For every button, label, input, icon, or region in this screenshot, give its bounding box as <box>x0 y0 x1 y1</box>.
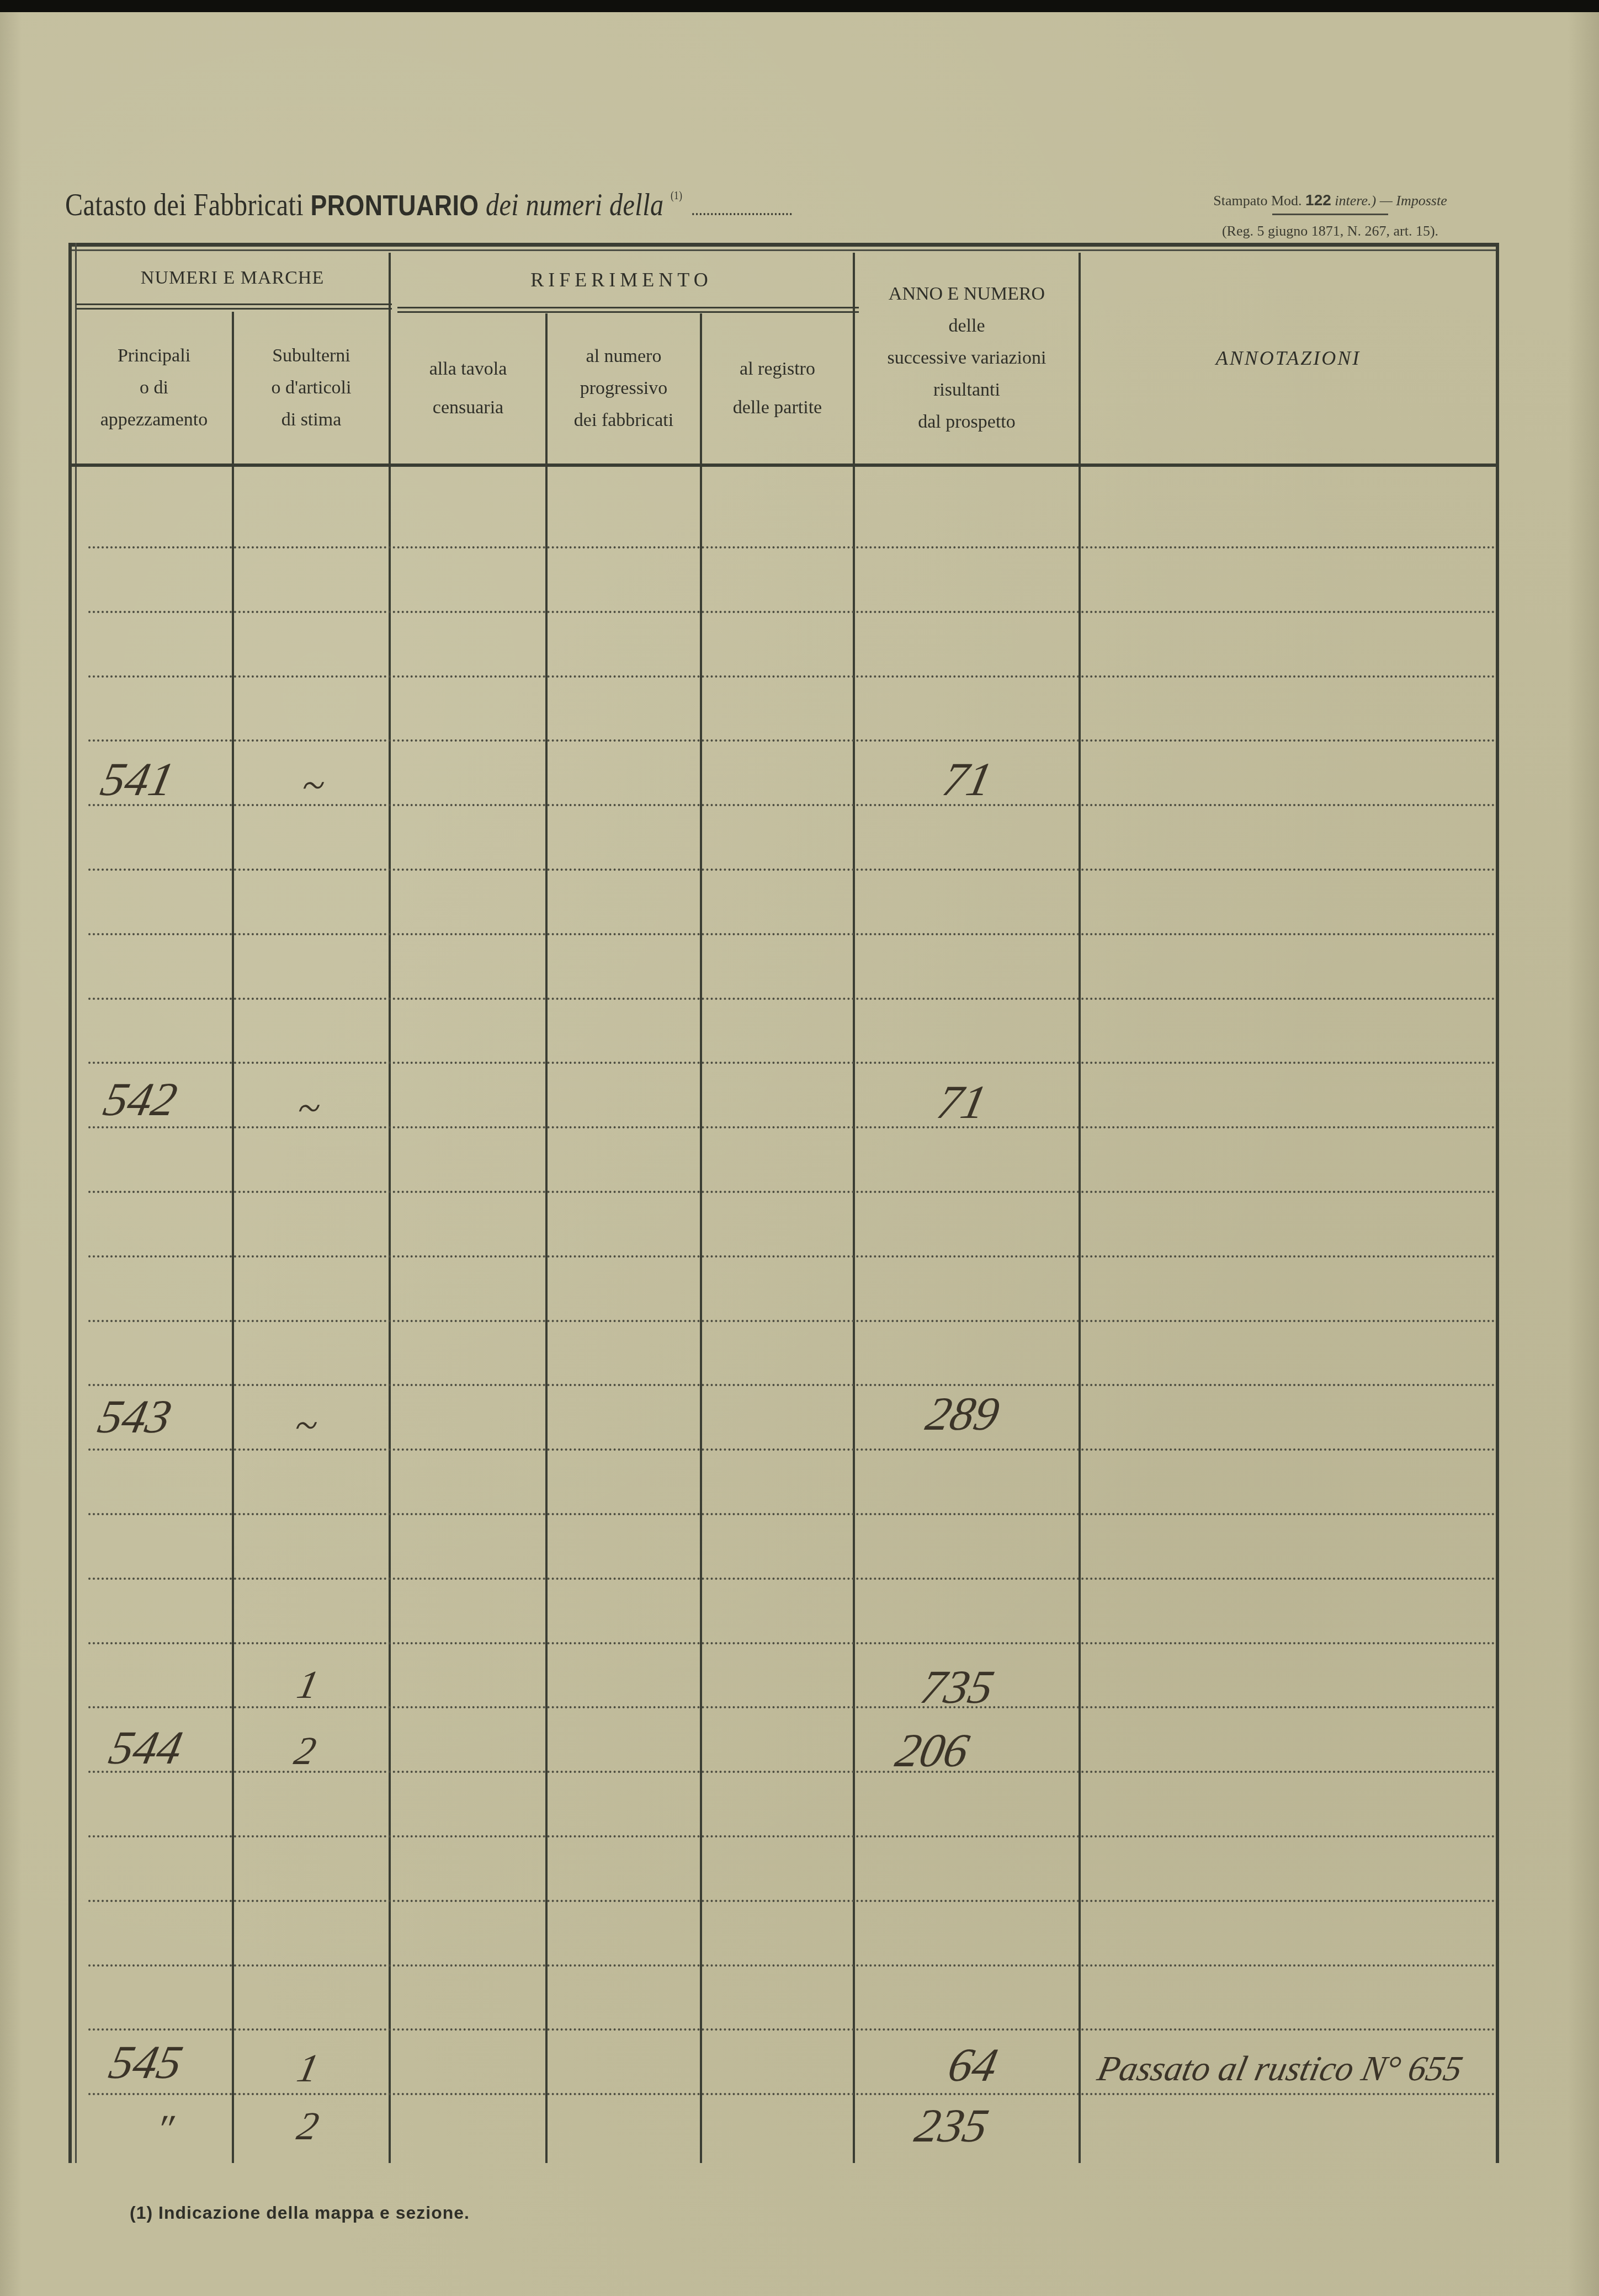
header-text: appezzamento <box>100 404 208 436</box>
stamp-model-number: 122 <box>1305 191 1331 209</box>
header-riferimento-label: RIFERIMENTO <box>530 264 712 296</box>
stamp-prefix: Stampato Mod. <box>1213 193 1301 209</box>
header-progressivo: al numero progressivo dei fabbricati <box>548 313 700 464</box>
page-title: Catasto dei Fabbricati PRONTUARIO dei nu… <box>65 188 792 223</box>
entry-principale: 542 <box>99 1072 182 1127</box>
header-text: progressivo <box>580 372 668 404</box>
entry-principale: 543 <box>93 1389 176 1444</box>
header-text: delle <box>948 310 985 342</box>
row-line <box>88 869 1496 871</box>
title-blank-line <box>692 213 792 215</box>
header-subulterni: Subulterni o d'articoli di stima <box>234 312 389 464</box>
ledger-page: Catasto dei Fabbricati PRONTUARIO dei nu… <box>0 12 1599 2296</box>
header-annotazioni-label: ANNOTAZIONI <box>1216 342 1361 374</box>
header-text: delle partite <box>733 388 822 427</box>
header-text: o di <box>140 372 168 404</box>
numeri-group-rule-2 <box>76 308 392 310</box>
col-divider-6 <box>1079 253 1081 2163</box>
row-line <box>88 1513 1496 1515</box>
row-line <box>88 1964 1496 1967</box>
register-table: NUMERI E MARCHE RIFERIMENTO Principali o… <box>68 243 1499 2163</box>
entry-principale: 541 <box>96 752 179 807</box>
header-text: successive variazioni <box>888 342 1046 374</box>
col-divider-2 <box>389 253 391 2163</box>
table-left-border-thin <box>75 243 77 2163</box>
entry-variazione: 289 <box>921 1386 1004 1441</box>
header-text: o d'articoli <box>272 372 352 404</box>
header-text: Subulterni <box>272 340 350 372</box>
title-italic: dei numeri della <box>486 188 664 222</box>
row-line <box>88 998 1496 1000</box>
riferimento-group-rule <box>397 307 859 308</box>
entry-variazione: 735 <box>916 1659 998 1714</box>
header-riferimento: RIFERIMENTO <box>391 253 852 307</box>
header-numeri-e-marche: NUMERI E MARCHE <box>76 253 389 303</box>
row-line <box>88 1835 1496 1837</box>
table-left-border <box>68 243 72 2163</box>
header-text: Principali <box>118 340 190 372</box>
print-stamp: Stampato Mod. 122 intere.) — Imposste (R… <box>1165 184 1496 247</box>
table-top-rule-thin <box>68 249 1499 251</box>
table-right-border <box>1496 243 1499 2163</box>
header-text: dei fabbricati <box>574 404 673 436</box>
header-anno-e-numero: ANNO E NUMERO delle successive variazion… <box>855 253 1079 464</box>
numeri-group-rule <box>76 303 392 305</box>
riferimento-group-rule-2 <box>397 311 859 313</box>
row-line <box>88 611 1496 613</box>
header-bottom-rule <box>68 464 1499 467</box>
row-line <box>88 2093 1496 2095</box>
row-line <box>88 1320 1496 1322</box>
header-text: dal prospetto <box>918 406 1016 438</box>
header-principali: Principali o di appezzamento <box>76 312 232 464</box>
col-divider-1 <box>232 312 234 2163</box>
row-line <box>88 1900 1496 1902</box>
col-divider-4 <box>700 313 702 2163</box>
row-line <box>88 675 1496 678</box>
entry-principale: 544 <box>104 1720 187 1775</box>
header-text: al numero <box>586 340 662 372</box>
header-text: risultanti <box>933 374 1000 406</box>
entry-variazione: 235 <box>910 2098 993 2153</box>
header-tavola: alla tavola censuaria <box>391 313 545 464</box>
header-text: censuaria <box>433 388 503 427</box>
row-line <box>88 1255 1496 1258</box>
header-registro: al registro delle partite <box>702 313 853 464</box>
header-text: di stima <box>281 404 342 436</box>
title-bold: PRONTUARIO <box>311 190 479 222</box>
row-line <box>88 1384 1496 1386</box>
header-text: al registro <box>740 350 815 388</box>
header-annotazioni: ANNOTAZIONI <box>1081 253 1496 464</box>
header-numeri-label: NUMERI E MARCHE <box>141 262 324 294</box>
entry-principale: 545 <box>104 2034 187 2090</box>
header-text: ANNO E NUMERO <box>889 278 1045 310</box>
entry-annotazione: Passato al rustico N° 655 <box>1094 2048 1466 2089</box>
row-line <box>88 1448 1496 1451</box>
footnote: (1) Indicazione della mappa e sezione. <box>130 2203 470 2223</box>
row-line <box>88 1642 1496 1644</box>
row-line <box>88 933 1496 935</box>
header-text: alla tavola <box>429 350 507 388</box>
row-line <box>88 1578 1496 1580</box>
footnote-ref: (1) <box>671 190 682 202</box>
col-divider-3 <box>545 313 548 2163</box>
row-line <box>88 1062 1496 1064</box>
stamp-suffix: intere.) — Imposste <box>1335 193 1447 209</box>
row-line <box>88 2028 1496 2031</box>
row-line <box>88 739 1496 742</box>
table-top-rule <box>68 243 1499 247</box>
entry-variazione: 206 <box>891 1723 974 1778</box>
row-line <box>88 1191 1496 1193</box>
col-divider-5 <box>853 253 855 2163</box>
row-line <box>88 546 1496 548</box>
title-prefix: Catasto dei Fabbricati <box>65 188 304 222</box>
